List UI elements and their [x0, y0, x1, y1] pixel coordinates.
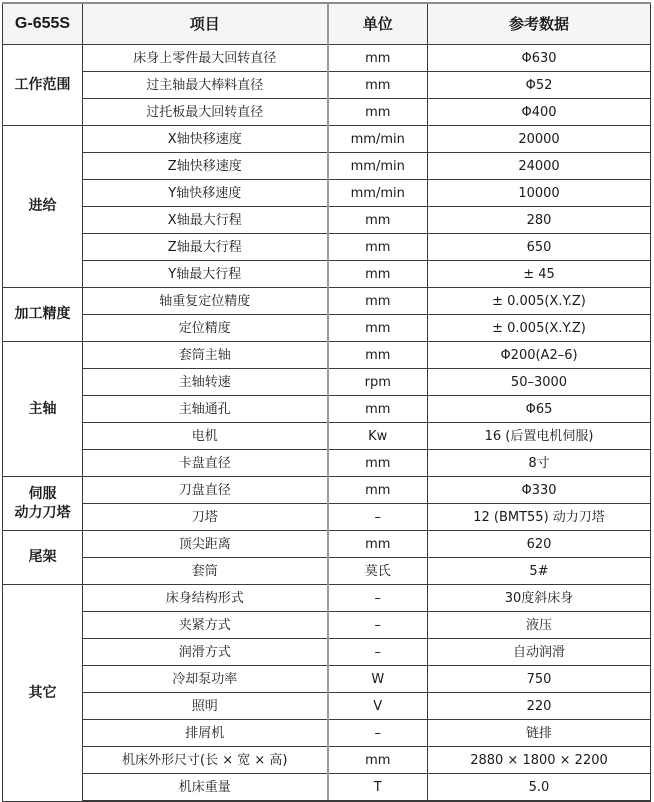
header-row: G-655S 项目 单位 参考数据 [3, 3, 651, 45]
table-row: Z轴最大行程 mm 650 [3, 234, 651, 261]
unit-cell: mm/min [328, 153, 428, 180]
spec-table: G-655S 项目 单位 参考数据 工作范围 床身上零件最大回转直径 mm Φ6… [2, 2, 651, 801]
item-cell: 床身上零件最大回转直径 [83, 45, 328, 72]
category-cell: 进给 [3, 126, 83, 288]
value-cell: 5# [428, 558, 651, 585]
value-cell: Φ330 [428, 477, 651, 504]
value-cell: 650 [428, 234, 651, 261]
table-row: 机床外形尺寸(长 × 宽 × 高) mm 2880 × 1800 × 2200 [3, 747, 651, 774]
table-row: 机床重量 T 5.0 [3, 774, 651, 802]
item-cell: 轴重复定位精度 [83, 288, 328, 315]
unit-cell: rpm [328, 369, 428, 396]
item-cell: 冷却泵功率 [83, 666, 328, 693]
item-cell: 主轴通孔 [83, 396, 328, 423]
unit-cell: – [328, 720, 428, 747]
unit-cell: mm [328, 315, 428, 342]
item-cell: 机床重量 [83, 774, 328, 802]
value-cell: 220 [428, 693, 651, 720]
unit-cell: mm [328, 288, 428, 315]
value-cell: 20000 [428, 126, 651, 153]
unit-cell: – [328, 504, 428, 531]
value-cell: Φ65 [428, 396, 651, 423]
item-cell: Z轴最大行程 [83, 234, 328, 261]
category-line: 动力刀塔 [3, 504, 82, 522]
value-cell: Φ630 [428, 45, 651, 72]
value-cell: 10000 [428, 180, 651, 207]
item-header: 项目 [83, 3, 328, 45]
table-row: 进给 X轴快移速度 mm/min 20000 [3, 126, 651, 153]
value-cell: 30度斜床身 [428, 585, 651, 612]
item-cell: 卡盘直径 [83, 450, 328, 477]
table-row: 排屑机 – 链排 [3, 720, 651, 747]
item-cell: 顶尖距离 [83, 531, 328, 558]
value-cell: Φ52 [428, 72, 651, 99]
value-cell: 16 (后置电机伺服) [428, 423, 651, 450]
unit-cell: mm [328, 531, 428, 558]
value-cell: 50–3000 [428, 369, 651, 396]
unit-cell: mm [328, 342, 428, 369]
value-cell: Φ400 [428, 99, 651, 126]
value-cell: 5.0 [428, 774, 651, 802]
table-row: Y轴最大行程 mm ± 45 [3, 261, 651, 288]
table-row: 冷却泵功率 W 750 [3, 666, 651, 693]
item-cell: 润滑方式 [83, 639, 328, 666]
category-line: 伺服 [3, 485, 82, 503]
value-cell: 自动润滑 [428, 639, 651, 666]
unit-cell: mm [328, 234, 428, 261]
unit-cell: mm [328, 396, 428, 423]
unit-cell: 莫氏 [328, 558, 428, 585]
value-cell: 8寸 [428, 450, 651, 477]
table-row: 加工精度 轴重复定位精度 mm ± 0.005(X.Y.Z) [3, 288, 651, 315]
item-cell: Y轴快移速度 [83, 180, 328, 207]
unit-header: 单位 [328, 3, 428, 45]
value-cell: ± 45 [428, 261, 651, 288]
table-row: 伺服 动力刀塔 刀盘直径 mm Φ330 [3, 477, 651, 504]
table-row: 工作范围 床身上零件最大回转直径 mm Φ630 [3, 45, 651, 72]
unit-cell: W [328, 666, 428, 693]
unit-cell: mm [328, 207, 428, 234]
value-cell: 24000 [428, 153, 651, 180]
category-cell: 尾架 [3, 531, 83, 585]
item-cell: 床身结构形式 [83, 585, 328, 612]
table-row: 过主轴最大棒料直径 mm Φ52 [3, 72, 651, 99]
table-row: 照明 V 220 [3, 693, 651, 720]
item-cell: 过主轴最大棒料直径 [83, 72, 328, 99]
item-cell: 刀盘直径 [83, 477, 328, 504]
category-cell: 其它 [3, 585, 83, 802]
value-header: 参考数据 [428, 3, 651, 45]
item-cell: 电机 [83, 423, 328, 450]
value-cell: 链排 [428, 720, 651, 747]
unit-cell: – [328, 585, 428, 612]
item-cell: Y轴最大行程 [83, 261, 328, 288]
table-row: 定位精度 mm ± 0.005(X.Y.Z) [3, 315, 651, 342]
item-cell: 主轴转速 [83, 369, 328, 396]
unit-cell: Kw [328, 423, 428, 450]
item-cell: 排屑机 [83, 720, 328, 747]
table-row: Y轴快移速度 mm/min 10000 [3, 180, 651, 207]
table-row: 尾架 顶尖距离 mm 620 [3, 531, 651, 558]
unit-cell: – [328, 612, 428, 639]
unit-cell: mm [328, 477, 428, 504]
unit-cell: mm [328, 747, 428, 774]
item-cell: 定位精度 [83, 315, 328, 342]
item-cell: 刀塔 [83, 504, 328, 531]
value-cell: 280 [428, 207, 651, 234]
unit-cell: mm [328, 450, 428, 477]
item-cell: 过托板最大回转直径 [83, 99, 328, 126]
value-cell: 12 (BMT55) 动力刀塔 [428, 504, 651, 531]
unit-cell: mm/min [328, 126, 428, 153]
item-cell: 机床外形尺寸(长 × 宽 × 高) [83, 747, 328, 774]
item-cell: 夹紧方式 [83, 612, 328, 639]
table-row: X轴最大行程 mm 280 [3, 207, 651, 234]
item-cell: X轴最大行程 [83, 207, 328, 234]
unit-cell: mm/min [328, 180, 428, 207]
item-cell: Z轴快移速度 [83, 153, 328, 180]
table-row: 主轴转速 rpm 50–3000 [3, 369, 651, 396]
item-cell: 套筒主轴 [83, 342, 328, 369]
value-cell: 620 [428, 531, 651, 558]
item-cell: 套筒 [83, 558, 328, 585]
unit-cell: mm [328, 45, 428, 72]
value-cell: 750 [428, 666, 651, 693]
table-row: 刀塔 – 12 (BMT55) 动力刀塔 [3, 504, 651, 531]
unit-cell: mm [328, 261, 428, 288]
table-row: 套筒 莫氏 5# [3, 558, 651, 585]
table-row: 其它 床身结构形式 – 30度斜床身 [3, 585, 651, 612]
table-row: 夹紧方式 – 液压 [3, 612, 651, 639]
unit-cell: V [328, 693, 428, 720]
table-row: 卡盘直径 mm 8寸 [3, 450, 651, 477]
value-cell: 2880 × 1800 × 2200 [428, 747, 651, 774]
unit-cell: mm [328, 72, 428, 99]
value-cell: Φ200(A2–6) [428, 342, 651, 369]
model-header: G-655S [3, 3, 83, 45]
table-row: 过托板最大回转直径 mm Φ400 [3, 99, 651, 126]
table-row: Z轴快移速度 mm/min 24000 [3, 153, 651, 180]
value-cell: ± 0.005(X.Y.Z) [428, 315, 651, 342]
category-cell: 伺服 动力刀塔 [3, 477, 83, 531]
table-row: 电机 Kw 16 (后置电机伺服) [3, 423, 651, 450]
table-row: 主轴 套筒主轴 mm Φ200(A2–6) [3, 342, 651, 369]
item-cell: 照明 [83, 693, 328, 720]
value-cell: 液压 [428, 612, 651, 639]
category-cell: 加工精度 [3, 288, 83, 342]
item-cell: X轴快移速度 [83, 126, 328, 153]
unit-cell: – [328, 639, 428, 666]
unit-cell: T [328, 774, 428, 802]
category-cell: 工作范围 [3, 45, 83, 126]
unit-cell: mm [328, 99, 428, 126]
value-cell: ± 0.005(X.Y.Z) [428, 288, 651, 315]
table-row: 润滑方式 – 自动润滑 [3, 639, 651, 666]
table-row: 主轴通孔 mm Φ65 [3, 396, 651, 423]
category-cell: 主轴 [3, 342, 83, 477]
